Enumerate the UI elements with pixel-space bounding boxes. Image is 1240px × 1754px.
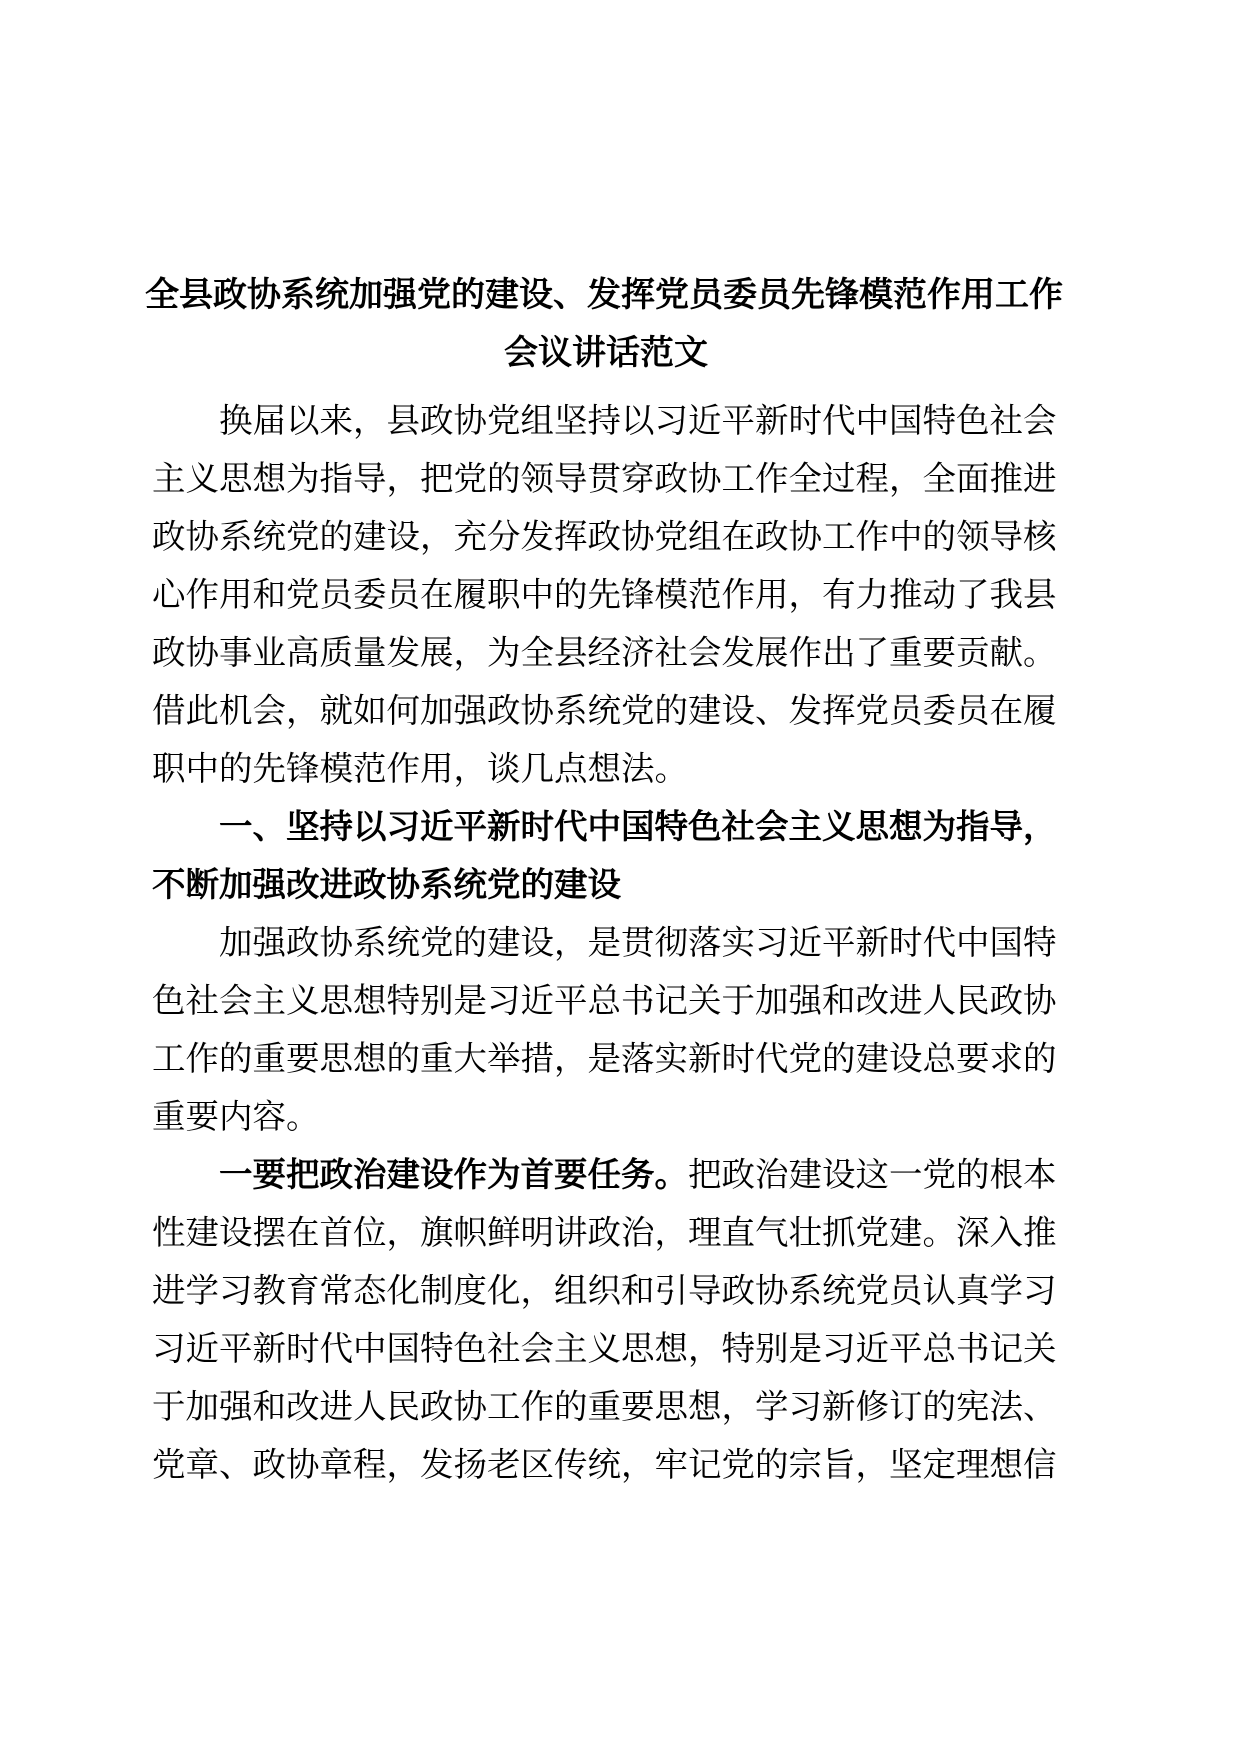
bold-text-segment: 一、坚持以习近平新时代中国特色社会主义思想为指导， [219,809,1057,846]
document-title-line-1: 全县政协系统加强党的建设、发挥党员委员先锋模范作用工作 [145,266,1240,324]
document-title: 全县政协系统加强党的建设、发挥党员委员先锋模范作用工作 会议讲话范文 [0,0,1240,382]
paragraph-1-line-7: 职中的先锋模范作用，谈几点想法。 [152,741,1057,799]
text-segment: 换届以来，县政协党组坚持以习近平新时代中国特色社会 [219,403,1057,440]
document-body: 换届以来，县政协党组坚持以习近平新时代中国特色社会主义思想为指导，把党的领导贯穿… [152,382,1057,1495]
paragraph-1-line-2: 主义思想为指导，把党的领导贯穿政协工作全过程，全面推进 [152,451,1057,509]
text-segment: 借此机会，就如何加强政协系统党的建设、发挥党员委员在履 [152,693,1057,730]
paragraph-3-line-2: 性建设摆在首位，旗帜鲜明讲政治，理直气壮抓党建。深入推 [152,1205,1057,1263]
section-heading-1-line-2: 不断加强改进政协系统党的建设 [152,857,1057,915]
paragraph-1-line-1: 换届以来，县政协党组坚持以习近平新时代中国特色社会 [152,393,1057,451]
text-segment: 工作的重要思想的重大举措，是落实新时代党的建设总要求的 [152,1041,1057,1078]
text-segment: 性建设摆在首位，旗帜鲜明讲政治，理直气壮抓党建。深入推 [152,1215,1057,1252]
paragraph-3-line-3: 进学习教育常态化制度化，组织和引导政协系统党员认真学习 [152,1263,1057,1321]
paragraph-1-line-6: 借此机会，就如何加强政协系统党的建设、发挥党员委员在履 [152,683,1057,741]
text-segment: 重要内容。 [152,1099,320,1136]
document-title-line-2: 会议讲话范文 [504,324,1240,382]
paragraph-3-line-1: 一要把政治建设作为首要任务。把政治建设这一党的根本 [152,1147,1057,1205]
section-heading-1-line-1: 一、坚持以习近平新时代中国特色社会主义思想为指导， [152,799,1057,857]
text-segment: 主义思想为指导，把党的领导贯穿政协工作全过程，全面推进 [152,461,1057,498]
text-segment: 政协系统党的建设，充分发挥政协党组在政协工作中的领导核 [152,519,1057,556]
text-segment: 职中的先锋模范作用，谈几点想法。 [152,751,688,788]
text-segment: 色社会主义思想特别是习近平总书记关于加强和改进人民政协 [152,983,1057,1020]
text-segment: 进学习教育常态化制度化，组织和引导政协系统党员认真学习 [152,1273,1057,1310]
text-segment: 政协事业高质量发展，为全县经济社会发展作出了重要贡献。 [152,635,1057,672]
paragraph-3-line-5: 于加强和改进人民政协工作的重要思想，学习新修订的宪法、 [152,1379,1057,1437]
paragraph-2-line-4: 重要内容。 [152,1089,1057,1147]
paragraph-3-line-4: 习近平新时代中国特色社会主义思想，特别是习近平总书记关 [152,1321,1057,1379]
text-segment: 把政治建设这一党的根本 [688,1157,1057,1194]
paragraph-1-line-3: 政协系统党的建设，充分发挥政协党组在政协工作中的领导核 [152,509,1057,567]
bold-text-segment: 不断加强改进政协系统党的建设 [152,867,621,904]
paragraph-3-line-6: 党章、政协章程，发扬老区传统，牢记党的宗旨，坚定理想信 [152,1437,1057,1495]
text-segment: 加强政协系统党的建设，是贯彻落实习近平新时代中国特 [219,925,1057,962]
bold-text-segment: 一要把政治建设作为首要任务。 [219,1157,688,1194]
paragraph-2-line-3: 工作的重要思想的重大举措，是落实新时代党的建设总要求的 [152,1031,1057,1089]
paragraph-1-line-4: 心作用和党员委员在履职中的先锋模范作用，有力推动了我县 [152,567,1057,625]
text-segment: 党章、政协章程，发扬老区传统，牢记党的宗旨，坚定理想信 [152,1447,1057,1484]
text-segment: 习近平新时代中国特色社会主义思想，特别是习近平总书记关 [152,1331,1057,1368]
paragraph-1-line-5: 政协事业高质量发展，为全县经济社会发展作出了重要贡献。 [152,625,1057,683]
document-page: 全县政协系统加强党的建设、发挥党员委员先锋模范作用工作 会议讲话范文 换届以来，… [0,0,1240,1754]
paragraph-2-line-2: 色社会主义思想特别是习近平总书记关于加强和改进人民政协 [152,973,1057,1031]
paragraph-2-line-1: 加强政协系统党的建设，是贯彻落实习近平新时代中国特 [152,915,1057,973]
text-segment: 心作用和党员委员在履职中的先锋模范作用，有力推动了我县 [152,577,1057,614]
text-segment: 于加强和改进人民政协工作的重要思想，学习新修订的宪法、 [152,1389,1057,1426]
